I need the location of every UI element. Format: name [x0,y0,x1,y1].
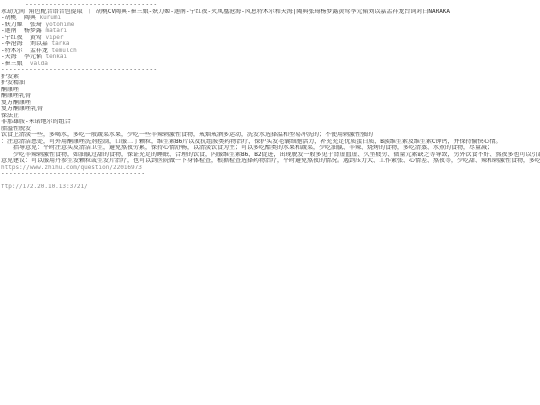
cast-romaji: temulch [51,48,76,54]
cast-character-actor: -妖刀姬 张琦 [1,22,45,28]
cast-romaji: viper [45,35,63,41]
ftp-link[interactable]: ftp://172.20.10.13:3721/ [1,184,540,191]
cast-character-actor: -季沧海 刘以嘉 [1,41,51,47]
cast-romaji: valda [30,61,48,67]
cast-character-actor: -胡桃 陶典 [1,15,39,21]
cast-character-actor: -特木尔 孟祥龙 [1,48,51,54]
cast-romaji: tarka [51,41,69,47]
cast-romaji: yotohime [45,22,74,28]
cast-character-actor: -崔三娘 [1,61,30,67]
cast-romaji: kurumi [39,15,61,21]
cast-romaji: matari [45,28,67,34]
cast-character-actor: -宁红夜 黄莺 [1,35,45,41]
cast-character-actor: -迦南 杨梦露 [1,28,45,34]
cast-character-actor: -天海 李元韬 [1,54,45,60]
text-document: ---------------------------------永劫无间 角色… [1,2,540,191]
cast-romaji: tenkai [45,54,67,60]
